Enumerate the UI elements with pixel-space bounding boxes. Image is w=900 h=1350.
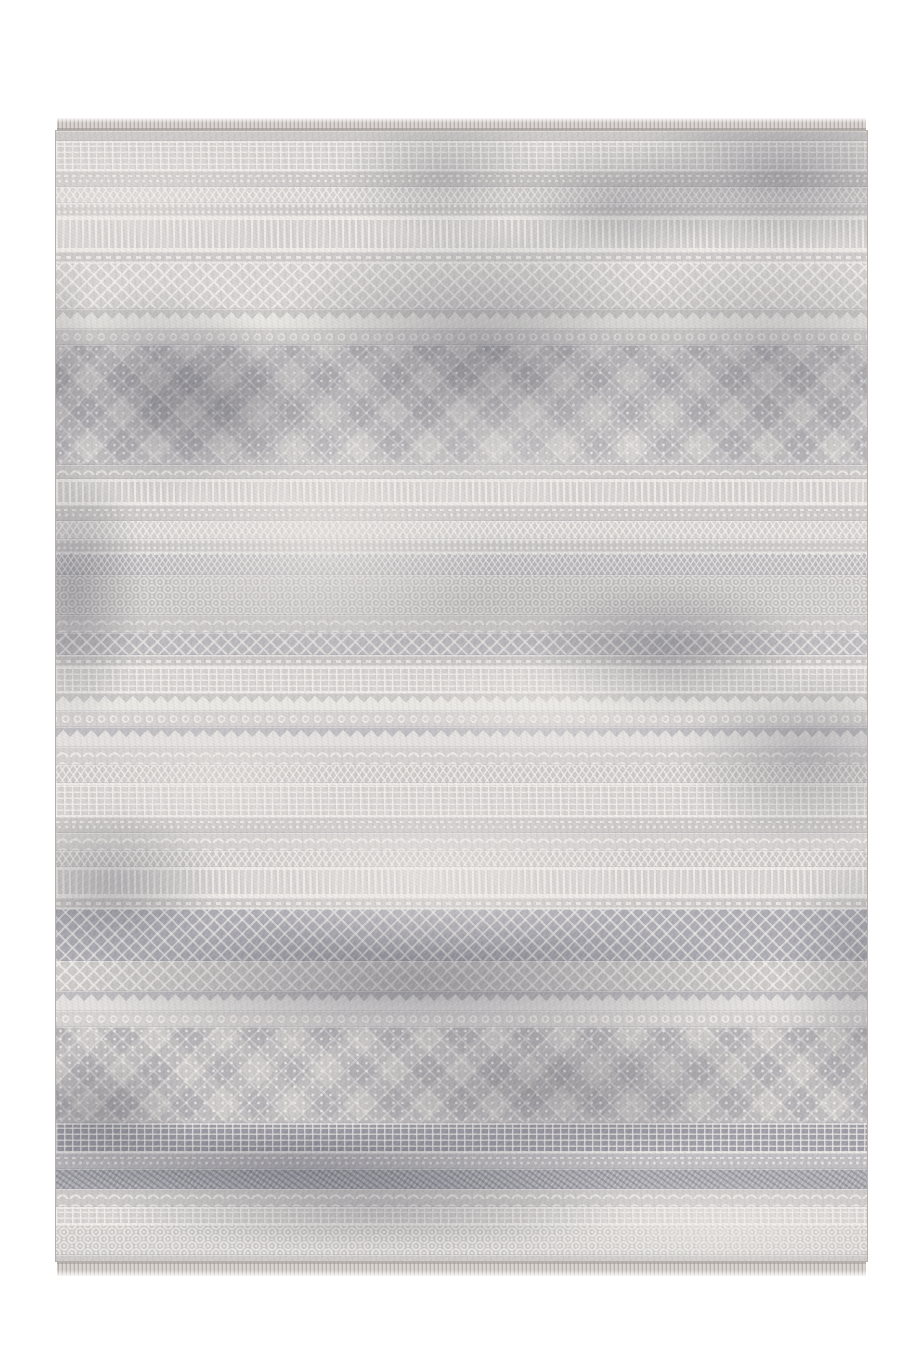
- rug-band-zigzag: [56, 909, 867, 961]
- rug-band-key: [56, 141, 867, 171]
- rug-band-circles: [56, 1011, 867, 1027]
- rug-band-circles: [56, 711, 867, 727]
- rug: [55, 118, 868, 1276]
- rug-band-dotdash: [56, 171, 867, 187]
- rug-band-texture: [56, 1169, 867, 1189]
- rug-band-tri: [56, 991, 867, 1011]
- rug-band-dots: [56, 539, 867, 553]
- rug-band-arrows: [56, 851, 867, 867]
- rug-band-comb: [56, 217, 867, 251]
- rug-band-plain: [56, 1255, 867, 1262]
- rug-band-key: [56, 667, 867, 693]
- rug-band-key: [56, 1207, 867, 1225]
- rug-band-zigzag: [56, 633, 867, 655]
- rug-band-arrows: [56, 187, 867, 203]
- rug-band-zigzag: [56, 961, 867, 991]
- rug-band-tri: [56, 693, 867, 711]
- rug-band-scallop: [56, 833, 867, 851]
- rug-band-comb: [56, 479, 867, 505]
- rug-band-dash: [56, 897, 867, 909]
- rug-band-dash: [56, 251, 867, 263]
- product-photo-canvas: [0, 0, 900, 1350]
- rug-band-scallop: [56, 1189, 867, 1207]
- rug-band-key: [56, 1123, 867, 1153]
- rug-band-dots: [56, 203, 867, 217]
- rug-band-zigzag: [56, 263, 867, 309]
- rug-pattern-bands: [56, 131, 867, 1261]
- rug-band-scallop: [56, 465, 867, 479]
- rug-body: [55, 130, 868, 1262]
- rug-band-circles: [56, 329, 867, 345]
- rug-band-dash: [56, 655, 867, 667]
- rug-band-diamond: [56, 345, 867, 465]
- rug-band-mixed: [56, 553, 867, 575]
- rug-band-comb: [56, 867, 867, 897]
- rug-band-dotdash: [56, 505, 867, 521]
- rug-band-scallop: [56, 747, 867, 765]
- rug-band-tri: [56, 727, 867, 747]
- rug-band-scallop: [56, 615, 867, 633]
- rug-fringe-bottom: [57, 1262, 866, 1276]
- rug-band-honeycomb: [56, 575, 867, 615]
- rug-band-plain: [56, 131, 867, 141]
- rug-band-tri: [56, 309, 867, 329]
- rug-fringe-top: [57, 118, 866, 130]
- rug-band-arrows: [56, 765, 867, 783]
- rug-band-diamond: [56, 1027, 867, 1123]
- rug-band-honeycomb: [56, 1225, 867, 1255]
- rug-band-arrows: [56, 521, 867, 539]
- rug-band-dotdash: [56, 1153, 867, 1169]
- rug-band-key: [56, 783, 867, 817]
- rug-band-dotdash: [56, 817, 867, 833]
